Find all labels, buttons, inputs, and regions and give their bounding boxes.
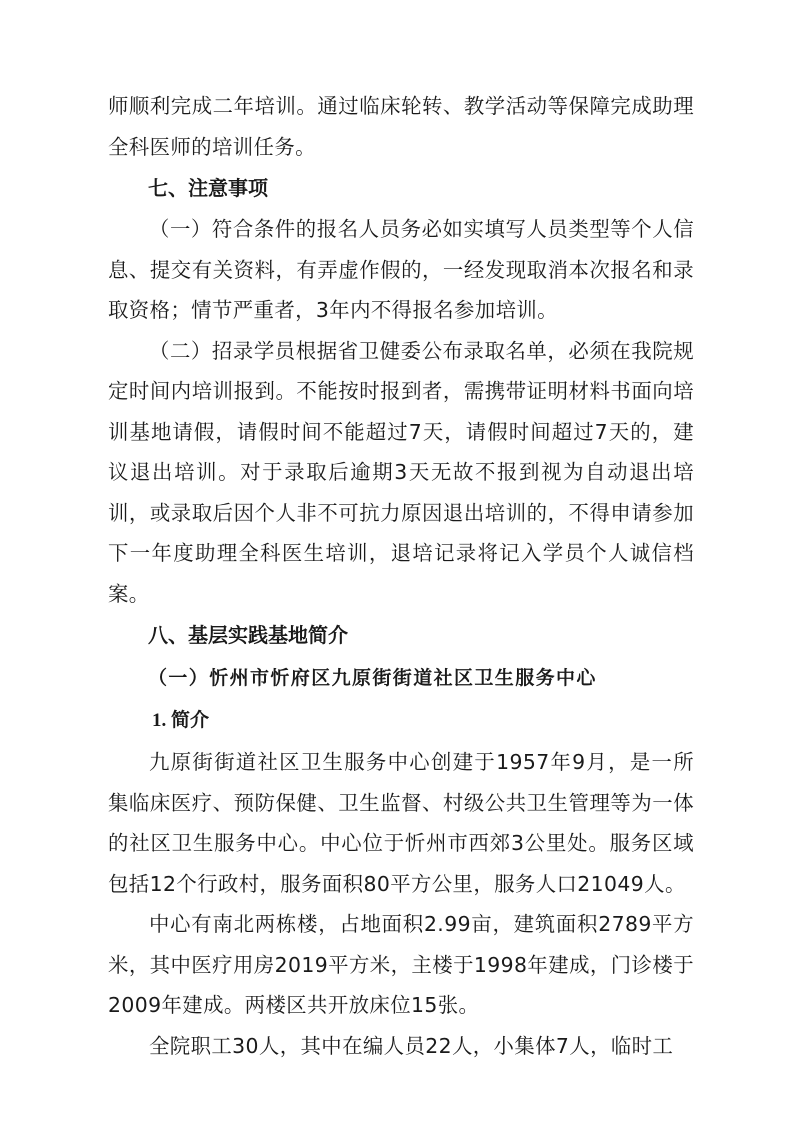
intro-paragraph-3: 全院职工30人，其中在编人员22人，小集体7人，临时工 — [108, 1026, 694, 1067]
note-item-2: （二）招录学员根据省卫健委公布录取名单，必须在我院规定时间内培训报到。不能按时报… — [108, 331, 694, 615]
document-page: 师顺利完成二年培训。通过临床轮转、教学活动等保障完成助理全科医师的培训任务。 七… — [108, 86, 694, 1066]
section-heading-base-intro: 八、基层实践基地简介 — [108, 614, 694, 656]
item-heading-intro: 1. 简介 — [108, 700, 694, 742]
paragraph-training-continuation: 师顺利完成二年培训。通过临床轮转、教学活动等保障完成助理全科医师的培训任务。 — [108, 86, 694, 167]
section-heading-notes: 七、注意事项 — [108, 167, 694, 209]
intro-paragraph-2: 中心有南北两栋楼，占地面积2.99亩，建筑面积2789平方米，其中医疗用房201… — [108, 904, 694, 1026]
note-item-1: （一）符合条件的报名人员务必如实填写人员类型等个人信息、提交有关资料，有弄虚作假… — [108, 209, 694, 331]
subsection-heading-center: （一）忻州市忻府区九原街街道社区卫生服务中心 — [108, 656, 694, 700]
intro-paragraph-1: 九原街街道社区卫生服务中心创建于1957年9月，是一所集临床医疗、预防保健、卫生… — [108, 742, 694, 904]
